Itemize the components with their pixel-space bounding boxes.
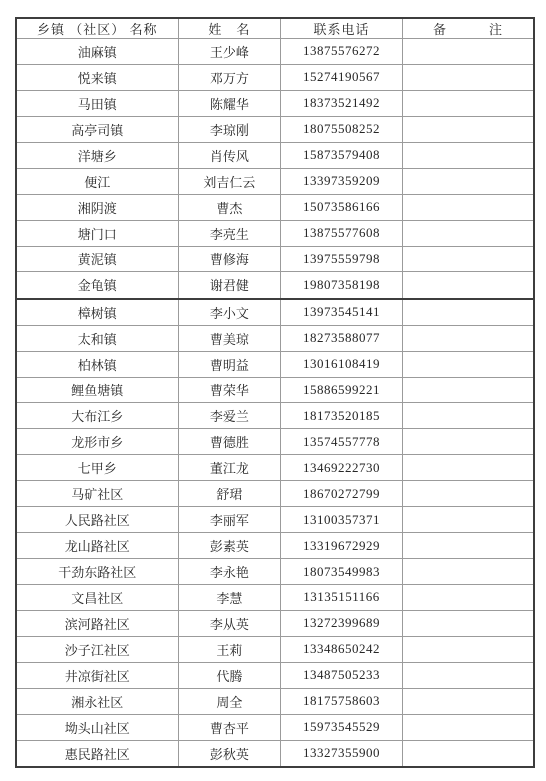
document-page: 乡镇 （社区） 名称 姓 名 联系电话 备 注 油麻镇王少峰1387557627… bbox=[0, 0, 546, 781]
town-cell: 惠民路社区 bbox=[16, 740, 178, 767]
name-cell: 刘吉仁云 bbox=[178, 168, 281, 194]
table-row: 滨河路社区李从英13272399689 bbox=[16, 610, 534, 636]
town-cell: 黄泥镇 bbox=[16, 246, 178, 272]
table-row: 人民路社区李丽军13100357371 bbox=[16, 507, 534, 533]
column-header-town: 乡镇 （社区） 名称 bbox=[16, 18, 178, 39]
phone-cell: 18175758603 bbox=[281, 688, 403, 714]
phone-cell: 13973545141 bbox=[281, 299, 403, 326]
name-cell: 陈耀华 bbox=[178, 90, 281, 116]
phone-cell: 15274190567 bbox=[281, 64, 403, 90]
name-cell: 曹明益 bbox=[178, 351, 281, 377]
phone-cell: 15973545529 bbox=[281, 714, 403, 740]
name-cell: 李亮生 bbox=[178, 220, 281, 246]
table-row: 鲤鱼塘镇曹荣华15886599221 bbox=[16, 377, 534, 403]
table-row: 七甲乡董江龙13469222730 bbox=[16, 455, 534, 481]
table-row: 大布江乡李爱兰18173520185 bbox=[16, 403, 534, 429]
name-cell: 肖传风 bbox=[178, 142, 281, 168]
column-header-name: 姓 名 bbox=[178, 18, 281, 39]
town-cell: 井凉街社区 bbox=[16, 662, 178, 688]
remark-cell bbox=[402, 740, 534, 767]
table-row: 洋塘乡肖传风15873579408 bbox=[16, 142, 534, 168]
table-row: 马矿社区舒珺18670272799 bbox=[16, 481, 534, 507]
name-cell: 彭素英 bbox=[178, 533, 281, 559]
name-cell: 谢君健 bbox=[178, 272, 281, 299]
phone-cell: 18075508252 bbox=[281, 116, 403, 142]
table-row: 黄泥镇曹修海13975559798 bbox=[16, 246, 534, 272]
town-cell: 龙形市乡 bbox=[16, 429, 178, 455]
table-row: 马田镇陈耀华18373521492 bbox=[16, 90, 534, 116]
name-cell: 董江龙 bbox=[178, 455, 281, 481]
phone-cell: 18373521492 bbox=[281, 90, 403, 116]
name-cell: 周全 bbox=[178, 688, 281, 714]
town-cell: 坳头山社区 bbox=[16, 714, 178, 740]
remark-cell bbox=[402, 64, 534, 90]
phone-cell: 15073586166 bbox=[281, 194, 403, 220]
remark-cell bbox=[402, 220, 534, 246]
town-cell: 湘阴渡 bbox=[16, 194, 178, 220]
town-cell: 鲤鱼塘镇 bbox=[16, 377, 178, 403]
town-cell: 沙子江社区 bbox=[16, 636, 178, 662]
town-cell: 便江 bbox=[16, 168, 178, 194]
table-row: 龙形市乡曹德胜13574557778 bbox=[16, 429, 534, 455]
phone-cell: 13100357371 bbox=[281, 507, 403, 533]
column-header-phone: 联系电话 bbox=[281, 18, 403, 39]
remark-cell bbox=[402, 299, 534, 326]
remark-cell bbox=[402, 90, 534, 116]
remark-cell bbox=[402, 662, 534, 688]
phone-cell: 13272399689 bbox=[281, 610, 403, 636]
table-row: 太和镇曹美琼18273588077 bbox=[16, 325, 534, 351]
phone-cell: 13487505233 bbox=[281, 662, 403, 688]
town-cell: 马田镇 bbox=[16, 90, 178, 116]
town-cell: 七甲乡 bbox=[16, 455, 178, 481]
town-cell: 油麻镇 bbox=[16, 39, 178, 65]
name-cell: 代腾 bbox=[178, 662, 281, 688]
table-row: 高亭司镇李琼刚18075508252 bbox=[16, 116, 534, 142]
table-row: 惠民路社区彭秋英13327355900 bbox=[16, 740, 534, 767]
phone-cell: 13469222730 bbox=[281, 455, 403, 481]
phone-cell: 18670272799 bbox=[281, 481, 403, 507]
town-cell: 樟树镇 bbox=[16, 299, 178, 326]
table-row: 湘永社区周全18175758603 bbox=[16, 688, 534, 714]
town-cell: 文昌社区 bbox=[16, 585, 178, 611]
township-contact-table: 乡镇 （社区） 名称 姓 名 联系电话 备 注 油麻镇王少峰1387557627… bbox=[15, 17, 535, 768]
column-header-remark: 备 注 bbox=[402, 18, 534, 39]
table-row: 干劲东路社区李永艳18073549983 bbox=[16, 559, 534, 585]
town-cell: 龙山路社区 bbox=[16, 533, 178, 559]
town-cell: 太和镇 bbox=[16, 325, 178, 351]
town-cell: 马矿社区 bbox=[16, 481, 178, 507]
remark-cell bbox=[402, 403, 534, 429]
phone-cell: 18073549983 bbox=[281, 559, 403, 585]
name-cell: 李从英 bbox=[178, 610, 281, 636]
table-row: 文昌社区李慧13135151166 bbox=[16, 585, 534, 611]
name-cell: 舒珺 bbox=[178, 481, 281, 507]
name-cell: 李永艳 bbox=[178, 559, 281, 585]
town-cell: 大布江乡 bbox=[16, 403, 178, 429]
phone-cell: 15873579408 bbox=[281, 142, 403, 168]
table-row: 沙子江社区王莉13348650242 bbox=[16, 636, 534, 662]
town-cell: 人民路社区 bbox=[16, 507, 178, 533]
name-cell: 曹修海 bbox=[178, 246, 281, 272]
remark-cell bbox=[402, 585, 534, 611]
table-row: 坳头山社区曹杏平15973545529 bbox=[16, 714, 534, 740]
name-cell: 曹荣华 bbox=[178, 377, 281, 403]
name-cell: 曹德胜 bbox=[178, 429, 281, 455]
remark-cell bbox=[402, 246, 534, 272]
remark-cell bbox=[402, 636, 534, 662]
remark-cell bbox=[402, 559, 534, 585]
header-row: 乡镇 （社区） 名称 姓 名 联系电话 备 注 bbox=[16, 18, 534, 39]
table-row: 悦来镇邓万方15274190567 bbox=[16, 64, 534, 90]
remark-cell bbox=[402, 168, 534, 194]
town-cell: 干劲东路社区 bbox=[16, 559, 178, 585]
remark-cell bbox=[402, 116, 534, 142]
remark-cell bbox=[402, 714, 534, 740]
name-cell: 李爱兰 bbox=[178, 403, 281, 429]
remark-cell bbox=[402, 481, 534, 507]
name-cell: 李丽军 bbox=[178, 507, 281, 533]
remark-cell bbox=[402, 272, 534, 299]
remark-cell bbox=[402, 39, 534, 65]
town-cell: 高亭司镇 bbox=[16, 116, 178, 142]
town-cell: 悦来镇 bbox=[16, 64, 178, 90]
remark-cell bbox=[402, 610, 534, 636]
name-cell: 曹杰 bbox=[178, 194, 281, 220]
name-cell: 曹美琼 bbox=[178, 325, 281, 351]
table-row: 井凉街社区代腾13487505233 bbox=[16, 662, 534, 688]
remark-cell bbox=[402, 507, 534, 533]
remark-cell bbox=[402, 351, 534, 377]
town-cell: 塘门口 bbox=[16, 220, 178, 246]
phone-cell: 13016108419 bbox=[281, 351, 403, 377]
phone-cell: 18273588077 bbox=[281, 325, 403, 351]
phone-cell: 13975559798 bbox=[281, 246, 403, 272]
town-cell: 金龟镇 bbox=[16, 272, 178, 299]
name-cell: 王莉 bbox=[178, 636, 281, 662]
name-cell: 彭秋英 bbox=[178, 740, 281, 767]
name-cell: 李慧 bbox=[178, 585, 281, 611]
name-cell: 李小文 bbox=[178, 299, 281, 326]
remark-cell bbox=[402, 429, 534, 455]
name-cell: 邓万方 bbox=[178, 64, 281, 90]
remark-cell bbox=[402, 688, 534, 714]
phone-cell: 13319672929 bbox=[281, 533, 403, 559]
table-row: 塘门口李亮生13875577608 bbox=[16, 220, 534, 246]
phone-cell: 18173520185 bbox=[281, 403, 403, 429]
name-cell: 曹杏平 bbox=[178, 714, 281, 740]
table-row: 樟树镇李小文13973545141 bbox=[16, 299, 534, 326]
remark-cell bbox=[402, 325, 534, 351]
phone-cell: 13875576272 bbox=[281, 39, 403, 65]
town-cell: 柏林镇 bbox=[16, 351, 178, 377]
phone-cell: 13574557778 bbox=[281, 429, 403, 455]
phone-cell: 13135151166 bbox=[281, 585, 403, 611]
remark-cell bbox=[402, 455, 534, 481]
table-row: 金龟镇谢君健19807358198 bbox=[16, 272, 534, 299]
phone-cell: 15886599221 bbox=[281, 377, 403, 403]
table-row: 龙山路社区彭素英13319672929 bbox=[16, 533, 534, 559]
table-row: 湘阴渡曹杰15073586166 bbox=[16, 194, 534, 220]
name-cell: 王少峰 bbox=[178, 39, 281, 65]
remark-cell bbox=[402, 533, 534, 559]
remark-cell bbox=[402, 142, 534, 168]
phone-cell: 13348650242 bbox=[281, 636, 403, 662]
town-cell: 湘永社区 bbox=[16, 688, 178, 714]
phone-cell: 13875577608 bbox=[281, 220, 403, 246]
remark-cell bbox=[402, 194, 534, 220]
table-row: 便江刘吉仁云13397359209 bbox=[16, 168, 534, 194]
phone-cell: 13397359209 bbox=[281, 168, 403, 194]
town-cell: 滨河路社区 bbox=[16, 610, 178, 636]
name-cell: 李琼刚 bbox=[178, 116, 281, 142]
table-row: 油麻镇王少峰13875576272 bbox=[16, 39, 534, 65]
table-row: 柏林镇曹明益13016108419 bbox=[16, 351, 534, 377]
phone-cell: 19807358198 bbox=[281, 272, 403, 299]
remark-cell bbox=[402, 377, 534, 403]
town-cell: 洋塘乡 bbox=[16, 142, 178, 168]
phone-cell: 13327355900 bbox=[281, 740, 403, 767]
